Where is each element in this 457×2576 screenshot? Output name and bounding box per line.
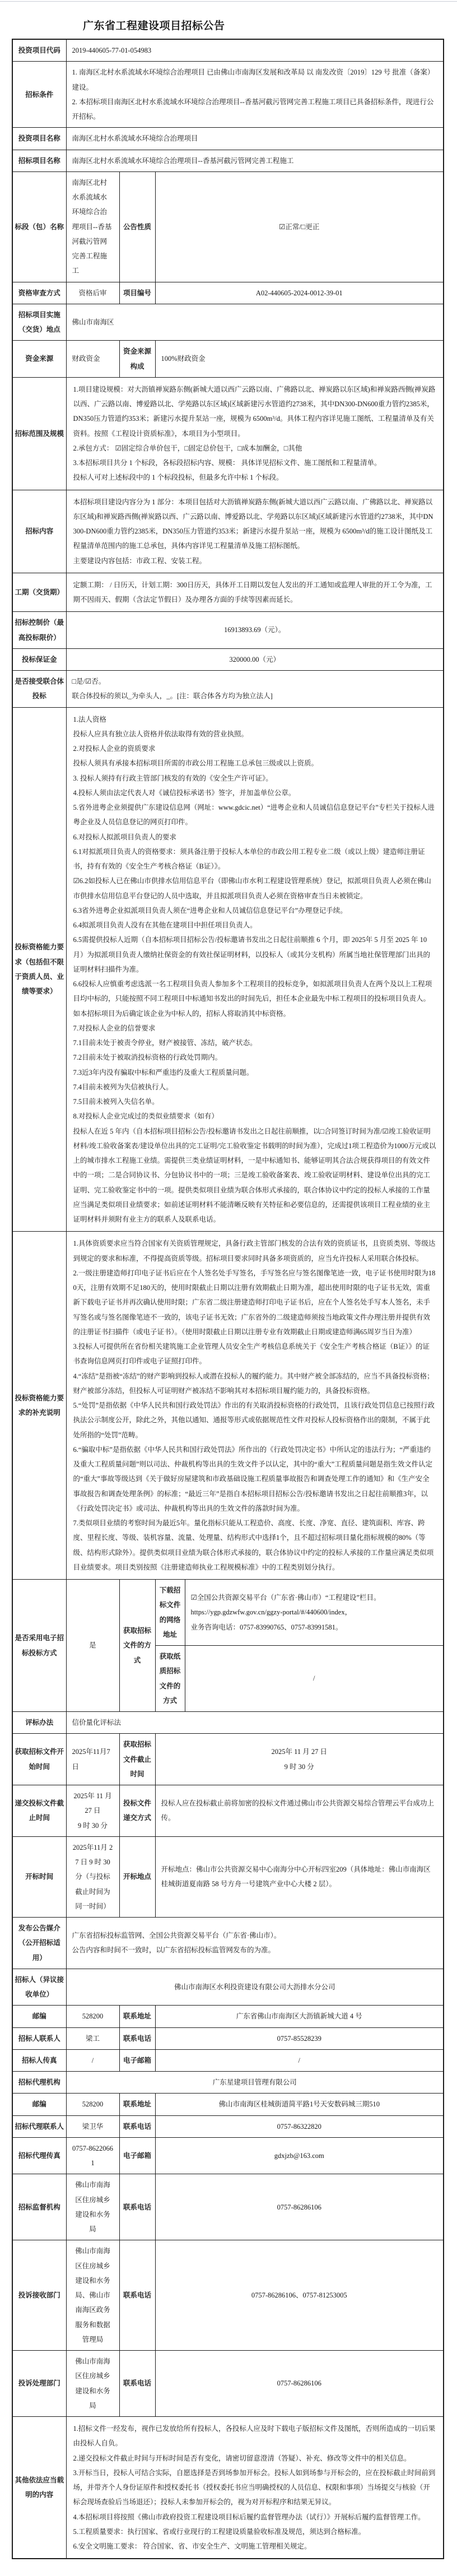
announcement-media-value: 广东省招标投标监管网、全国公共资源交易平台（广东省·佛山市）。 公告内容和时间不… bbox=[66, 1918, 444, 1969]
control-price-label: 招标控制价（最高投标限价） bbox=[12, 612, 66, 649]
evaluation-method-label: 评标办法 bbox=[12, 1712, 66, 1734]
row-tenderer-postcode: 邮编 528200 联系地址 广东省佛山市南海区大沥镇新城大道 4 号 bbox=[12, 2006, 444, 2027]
row-delivery-location: 招标项目实施（交货）地点 佛山市南海区 bbox=[12, 304, 444, 341]
row-tender-content: 招标内容 本招标项目建设内容分为 1 部分：本项目包括对大沥镇禅炭路东侧(新城大… bbox=[12, 490, 444, 573]
row-tenderer: 招标人（异议接收单位） 佛山市南海区水利投资建设有限公司大沥排水分公司 bbox=[12, 1969, 444, 2006]
download-site-value: ☑全国公共资源交易平台（广东省·佛山市）“工程建设”栏目。 https://yg… bbox=[185, 1580, 444, 1646]
doc-start-value: 2025年11月7日 bbox=[66, 1734, 119, 1785]
obtain-docs-method-label: 获取招标文件的方式 bbox=[119, 1580, 155, 1712]
project-code-label: 投资项目代码 bbox=[12, 39, 66, 62]
opening-place-value: 开标地点：佛山市公共资源交易中心南海分中心开标四室209（具体地址：佛山市南海区… bbox=[155, 1836, 444, 1917]
fund-source-value: 财政资金 bbox=[66, 341, 119, 378]
submit-method-label: 投标文件递交方式 bbox=[119, 1785, 155, 1837]
submit-deadline-value: 2025年 11 月 27 日 9 时 30 分 bbox=[66, 1785, 119, 1837]
tender-content-value: 本招标项目建设内容分为 1 部分：本项目包括对大沥镇禅炭路东侧(新城大道以西广云… bbox=[66, 490, 444, 573]
row-other-content: 其他依法应当载明的内容 1.招标文件一经发布，视作已发放给所有投标人，各投标人应… bbox=[12, 2417, 444, 2559]
supervisor-label: 招标监督机构 bbox=[12, 2174, 66, 2240]
row-fund-source: 资金来源 财政资金 资金来源构成 100%财政资金 bbox=[12, 341, 444, 378]
agency-address-label: 联系地址 bbox=[119, 2094, 155, 2115]
row-complaint-handling: 投诉处理部门 佛山市南海区住房城乡建设和水务局 联系电话 0757-862861… bbox=[12, 2351, 444, 2417]
tenderer-label: 招标人（异议接收单位） bbox=[12, 1969, 66, 2006]
tenderer-fax-value: / bbox=[66, 2049, 119, 2071]
tenderer-phone-label: 联系电话 bbox=[119, 2027, 155, 2049]
complaint-handling-phone-label: 联系电话 bbox=[119, 2351, 155, 2417]
row-agency-postcode: 邮编 528200 联系地址 佛山市南海区桂城街道简平路1号天安数码城三期510 bbox=[12, 2094, 444, 2115]
paper-docs-label: 获取纸质招标文件的方式 bbox=[155, 1646, 185, 1712]
supervisor-phone-value: 0757-86286106 bbox=[155, 2174, 444, 2240]
paper-docs-value: / bbox=[185, 1646, 444, 1712]
project-number-label: 项目编号 bbox=[119, 282, 155, 304]
agency-value: 广东星建项目管理有限公司 bbox=[66, 2072, 444, 2094]
fund-source-label: 资金来源 bbox=[12, 341, 66, 378]
row-control-price: 招标控制价（最高投标限价） 16913893.69（元）。 bbox=[12, 612, 444, 649]
tenderer-postcode-value: 528200 bbox=[66, 2006, 119, 2027]
tenderer-email-value: / bbox=[155, 2049, 444, 2071]
duration-value: 定额工期： / 日历天，计划工期：300日历天，具体开工日期以发包人发出的开工通… bbox=[66, 573, 444, 612]
announcement-media-label: 发布公告媒介（公开招标适用） bbox=[12, 1918, 66, 1969]
consortium-label: 是否接受联合体投标 bbox=[12, 671, 66, 708]
agency-phone-label: 联系电话 bbox=[119, 2115, 155, 2137]
row-agency-fax: 招标代理传真 0757-86220661 电子邮箱 gdxjzb@163.com bbox=[12, 2137, 444, 2174]
supervisor-value: 佛山市南海区住房城乡建设和水务局 bbox=[66, 2174, 119, 2240]
qualification-requirements-label: 投标资格能力要求（包括但不限于资质人员、业绩等要求） bbox=[12, 707, 66, 1232]
agency-postcode-value: 528200 bbox=[66, 2094, 119, 2115]
row-submit-deadline: 递交投标文件截止时间 2025年 11 月 27 日 9 时 30 分 投标文件… bbox=[12, 1785, 444, 1837]
opening-place-label: 开标地点 bbox=[119, 1836, 155, 1917]
row-scope-scale: 招标范围及规模 1.项目建设规模：对大沥镇禅炭路东侧(新城大道以西广云路以南、广… bbox=[12, 377, 444, 490]
fund-composition-label: 资金来源构成 bbox=[119, 341, 155, 378]
row-opening: 开标时间 2025年11月 27 日 9 时 30 分（与投标截止时间为同一时间… bbox=[12, 1836, 444, 1917]
qualification-requirements-value: 1.法人资格 投标人应具有独立法人资格并依法取得有效的营业执照。 2.对投标人企… bbox=[66, 707, 444, 1232]
complaint-receiving-label: 投诉接收部门 bbox=[12, 2240, 66, 2351]
tenderer-phone-value: 0757-85528239 bbox=[155, 2027, 444, 2049]
row-project-code: 投资项目代码 2019-440605-77-01-054983 bbox=[12, 39, 444, 62]
investment-project-name-label: 投资项目名称 bbox=[12, 128, 66, 150]
row-qualification-requirements: 投标资格能力要求（包括但不限于资质人员、业绩等要求） 1.法人资格 投标人应具有… bbox=[12, 707, 444, 1232]
row-agency-contact: 招标代理联系人 梁卫华 联系电话 0757-86322820 bbox=[12, 2115, 444, 2137]
tender-project-name-label: 招标项目名称 bbox=[12, 150, 66, 171]
tender-conditions-value: 1. 南海区北村水系流域水环境综合治理项目 已由佛山市南海区发展和改革局 以 南… bbox=[66, 62, 444, 128]
tenderer-fax-label: 招标人传真 bbox=[12, 2049, 66, 2071]
e-bidding-value: 是 bbox=[66, 1580, 119, 1712]
other-content-value: 1.招标文件一经发布，视作已发放给所有投标人，各投标人应及时下载电子版招标文件及… bbox=[66, 2417, 444, 2559]
project-number-value: A02-440605-2024-0012-39-01 bbox=[155, 282, 444, 304]
row-duration: 工期（交货期） 定额工期： / 日历天，计划工期：300日历天，具体开工日期以发… bbox=[12, 573, 444, 612]
opening-time-value: 2025年11月 27 日 9 时 30 分（与投标截止时间为同一时间） bbox=[66, 1836, 119, 1917]
announcement-nature-label: 公告性质 bbox=[119, 171, 155, 282]
complaint-receiving-value: 佛山市南海区住房城乡建设和水务局、佛山市南海区政务服务和数据管理局 bbox=[66, 2240, 119, 2351]
tenderer-postcode-label: 邮编 bbox=[12, 2006, 66, 2027]
e-bidding-label: 是否采用电子招标投标方式 bbox=[12, 1580, 66, 1712]
tender-conditions-label: 招标条件 bbox=[12, 62, 66, 128]
row-e-bidding: 是否采用电子招标投标方式 是 获取招标文件的方式 下载招标文件的网络地址 ☑全国… bbox=[12, 1580, 444, 1646]
tenderer-value: 佛山市南海区水利投资建设有限公司大沥排水分公司 bbox=[66, 1969, 444, 2006]
bid-bond-label: 投标保证金 bbox=[12, 648, 66, 670]
tender-project-name-value: 南海区北村水系流域水环境综合治理项目--香基河截污管网完善工程施工 bbox=[66, 150, 444, 171]
complaint-handling-value: 佛山市南海区住房城乡建设和水务局 bbox=[66, 2351, 119, 2417]
complaint-receiving-phone-value: 0757-86286106、0757-81253005 bbox=[155, 2240, 444, 2351]
complaint-handling-phone-value: 0757-86286106 bbox=[155, 2351, 444, 2417]
row-tenderer-fax: 招标人传真 / 电子邮箱 / bbox=[12, 2049, 444, 2071]
supervisor-phone-label: 联系电话 bbox=[119, 2174, 155, 2240]
doc-start-label: 获取招标文件开始时间 bbox=[12, 1734, 66, 1785]
opening-time-label: 开标时间 bbox=[12, 1836, 66, 1917]
submit-deadline-label: 递交投标文件截止时间 bbox=[12, 1785, 66, 1837]
agency-address-value: 佛山市南海区桂城街道简平路1号天安数码城三期510 bbox=[155, 2094, 444, 2115]
agency-contact-value: 梁卫华 bbox=[66, 2115, 119, 2137]
agency-email-value: gdxjzb@163.com bbox=[155, 2137, 444, 2174]
row-tenderer-contact: 招标人联系人 梁工 联系电话 0757-85528239 bbox=[12, 2027, 444, 2049]
agency-phone-value: 0757-86322820 bbox=[155, 2115, 444, 2137]
qualification-method-value: 资格后审 bbox=[66, 282, 119, 304]
investment-project-name-value: 南海区北村水系流域水环境综合治理项目 bbox=[66, 128, 444, 150]
row-complaint-receiving: 投诉接收部门 佛山市南海区住房城乡建设和水务局、佛山市南海区政务服务和数据管理局… bbox=[12, 2240, 444, 2351]
duration-label: 工期（交货期） bbox=[12, 573, 66, 612]
evaluation-method-value: 信价量化评标法 bbox=[66, 1712, 444, 1734]
page-title: 广东省工程建设项目招标公告 bbox=[0, 17, 457, 33]
row-supervisor: 招标监督机构 佛山市南海区住房城乡建设和水务局 联系电话 0757-862861… bbox=[12, 2174, 444, 2240]
section-name-value: 南海区北村水系流域水环境综合治理项目--香基河截污管网完善工程施工 bbox=[66, 171, 119, 282]
row-agency: 招标代理机构 广东星建项目管理有限公司 bbox=[12, 2072, 444, 2094]
row-announcement-media: 发布公告媒介（公开招标适用） 广东省招标投标监管网、全国公共资源交易平台（广东省… bbox=[12, 1918, 444, 1969]
agency-email-label: 电子邮箱 bbox=[119, 2137, 155, 2174]
control-price-value: 16913893.69（元）。 bbox=[66, 612, 444, 649]
agency-fax-value: 0757-86220661 bbox=[66, 2137, 119, 2174]
tenderer-address-value: 广东省佛山市南海区大沥镇新城大道 4 号 bbox=[155, 2006, 444, 2027]
qualification-method-label: 资格审查方式 bbox=[12, 282, 66, 304]
tenderer-contact-label: 招标人联系人 bbox=[12, 2027, 66, 2049]
top-divider bbox=[0, 1, 457, 2]
complaint-receiving-phone-label: 联系电话 bbox=[119, 2240, 155, 2351]
tenderer-address-label: 联系地址 bbox=[119, 2006, 155, 2027]
tenderer-email-label: 电子邮箱 bbox=[119, 2049, 155, 2071]
doc-deadline-label: 获取招标文件截止时间 bbox=[119, 1734, 155, 1785]
tender-content-label: 招标内容 bbox=[12, 490, 66, 573]
row-qualification-method: 资格审查方式 资格后审 项目编号 A02-440605-2024-0012-39… bbox=[12, 282, 444, 304]
consortium-value: □是/☑否。 联合体投标的须以_为牵头人，_。[注：联合体各方均为独立法人] bbox=[66, 671, 444, 708]
row-qualification-supplement: 投标资格能力要求的补充说明 1.具体资质要求应当符合国家有关资质管理规定，具备行… bbox=[12, 1232, 444, 1580]
qualification-supplement-value: 1.具体资质要求应当符合国家有关资质管理规定，具备行政主管部门核发的合法有效的资… bbox=[66, 1232, 444, 1580]
doc-deadline-value: 2025年 11 月 27 日 9 时 30 分 bbox=[155, 1734, 444, 1785]
delivery-location-label: 招标项目实施（交货）地点 bbox=[12, 304, 66, 341]
delivery-location-value: 佛山市南海区 bbox=[66, 304, 444, 341]
download-site-label: 下载招标文件的网络地址 bbox=[155, 1580, 185, 1646]
agency-fax-label: 招标代理传真 bbox=[12, 2137, 66, 2174]
qualification-supplement-label: 投标资格能力要求的补充说明 bbox=[12, 1232, 66, 1580]
scope-scale-label: 招标范围及规模 bbox=[12, 377, 66, 490]
agency-contact-label: 招标代理联系人 bbox=[12, 2115, 66, 2137]
row-section-name: 标段（包）名称 南海区北村水系流域水环境综合治理项目--香基河截污管网完善工程施… bbox=[12, 171, 444, 282]
project-code-value: 2019-440605-77-01-054983 bbox=[66, 39, 444, 62]
agency-label: 招标代理机构 bbox=[12, 2072, 66, 2094]
row-investment-project-name: 投资项目名称 南海区北村水系流域水环境综合治理项目 bbox=[12, 128, 444, 150]
tenderer-contact-value: 梁工 bbox=[66, 2027, 119, 2049]
row-doc-time: 获取招标文件开始时间 2025年11月7日 获取招标文件截止时间 2025年 1… bbox=[12, 1734, 444, 1785]
other-content-label: 其他依法应当载明的内容 bbox=[12, 2417, 66, 2559]
fund-composition-value: 100%财政资金 bbox=[155, 341, 444, 378]
scope-scale-value: 1.项目建设规模：对大沥镇禅炭路东侧(新城大道以西广云路以南、广佛路以北、禅炭路… bbox=[66, 377, 444, 490]
complaint-handling-label: 投诉处理部门 bbox=[12, 2351, 66, 2417]
announcement-nature-value: ☑正常/□更正 bbox=[155, 171, 444, 282]
submit-method-value: 投标人应在投标截止前将加密的投标文件通过佛山市公共资源交易综合管理云平台成功上传… bbox=[155, 1785, 444, 1837]
section-name-label: 标段（包）名称 bbox=[12, 171, 66, 282]
announcement-table: 投资项目代码 2019-440605-77-01-054983 招标条件 1. … bbox=[12, 39, 444, 2559]
row-consortium: 是否接受联合体投标 □是/☑否。 联合体投标的须以_为牵头人，_。[注：联合体各… bbox=[12, 671, 444, 708]
row-evaluation-method: 评标办法 信价量化评标法 bbox=[12, 1712, 444, 1734]
row-tender-project-name: 招标项目名称 南海区北村水系流域水环境综合治理项目--香基河截污管网完善工程施工 bbox=[12, 150, 444, 171]
bid-bond-value: 320000.00（元） bbox=[66, 648, 444, 670]
row-bid-bond: 投标保证金 320000.00（元） bbox=[12, 648, 444, 670]
agency-postcode-label: 邮编 bbox=[12, 2094, 66, 2115]
row-tender-conditions: 招标条件 1. 南海区北村水系流域水环境综合治理项目 已由佛山市南海区发展和改革… bbox=[12, 62, 444, 128]
